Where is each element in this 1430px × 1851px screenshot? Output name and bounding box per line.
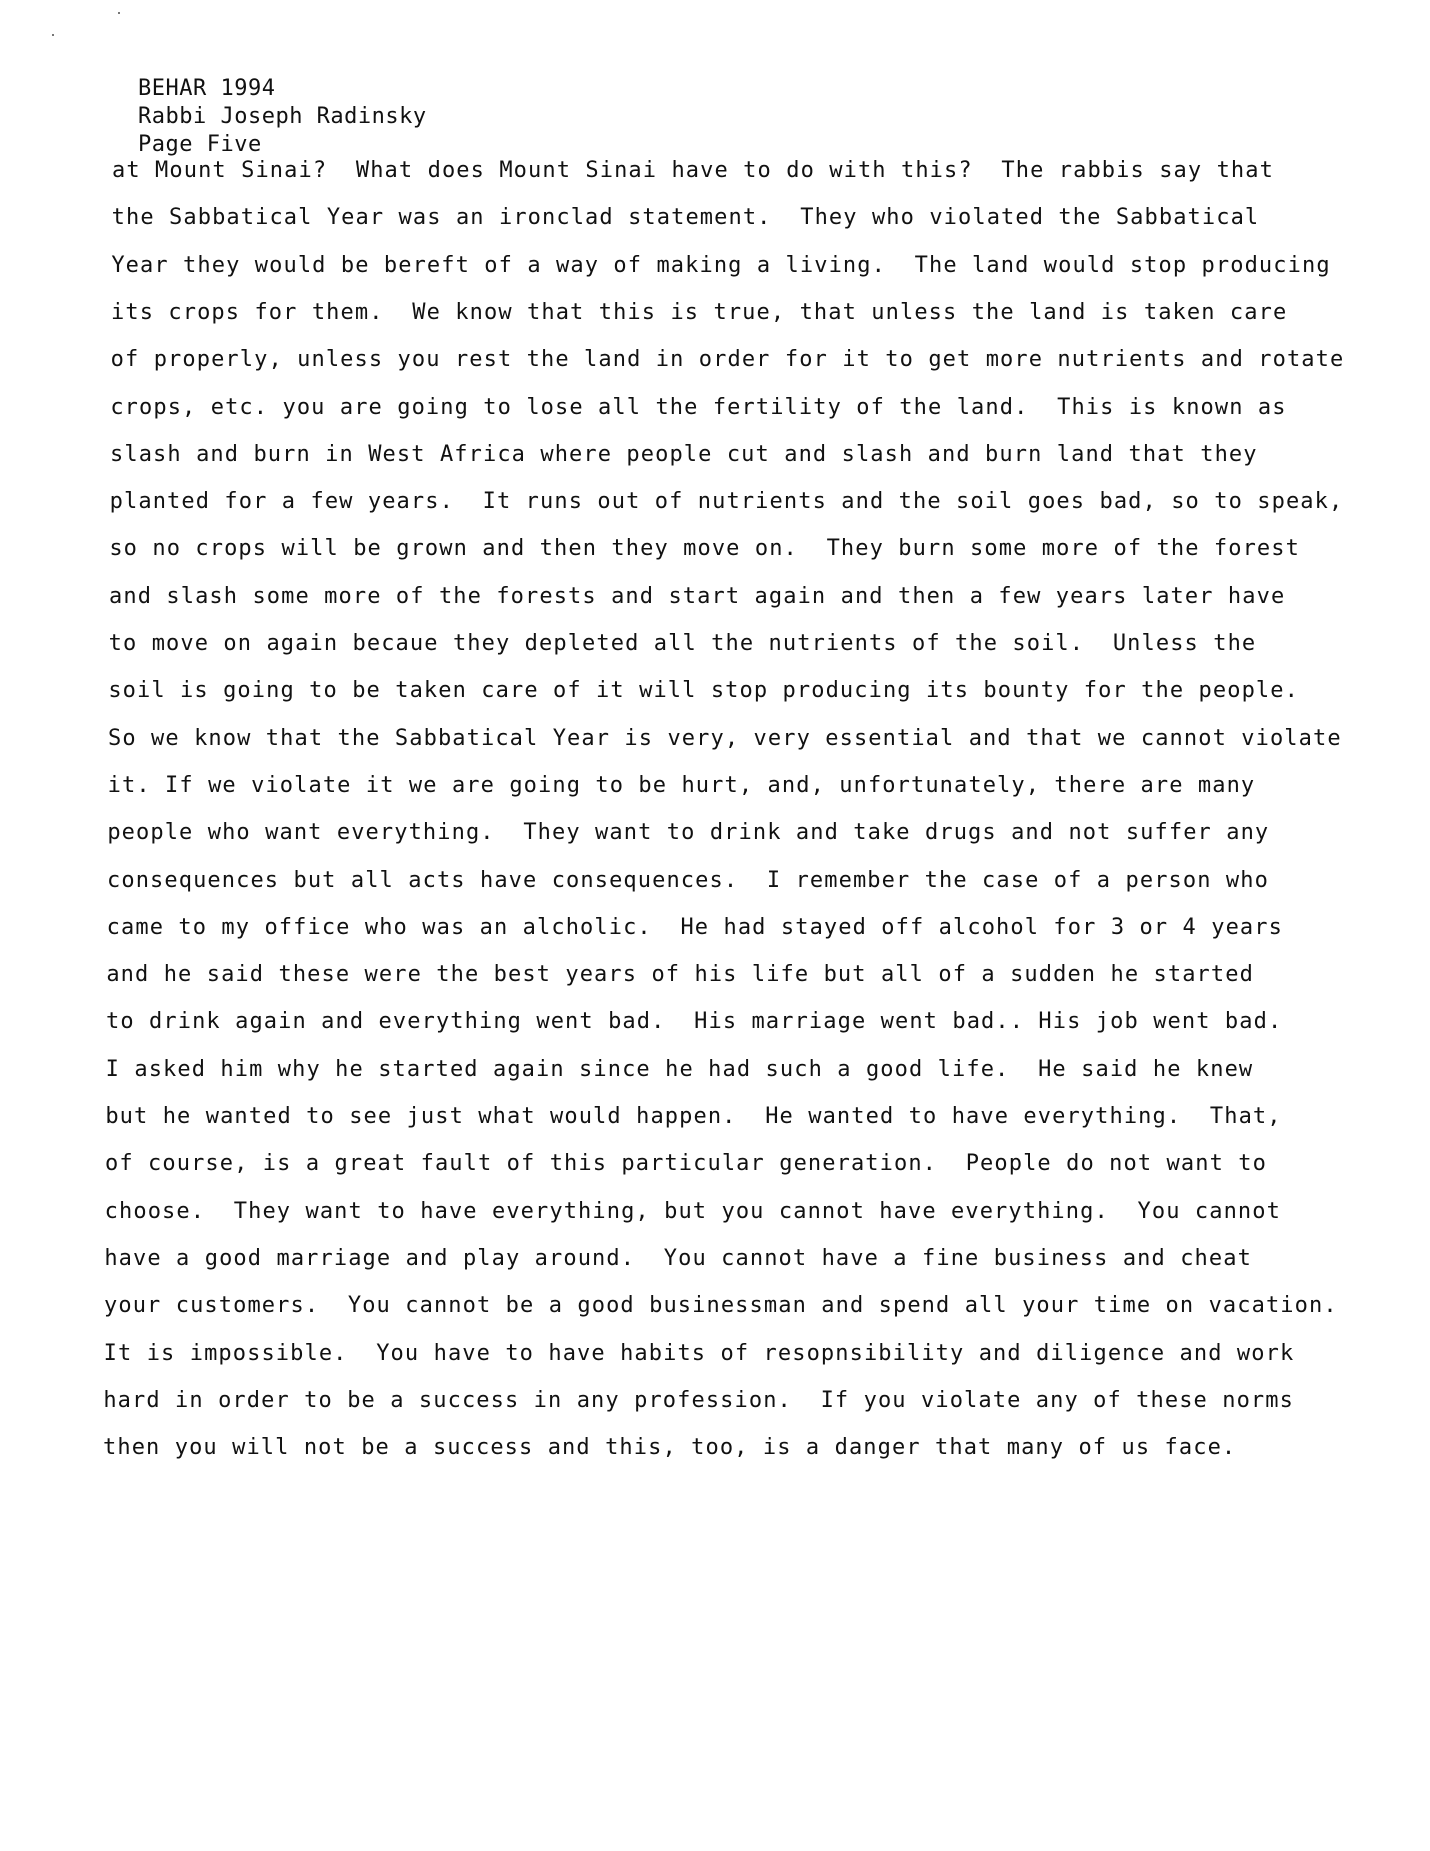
text-line: have a good marriage and play around. Yo… bbox=[104, 1245, 1252, 1273]
text-line: to move on again becaue they depleted al… bbox=[109, 630, 1257, 658]
text-line: so no crops will be grown and then they … bbox=[109, 535, 1300, 563]
text-line: choose. They want to have everything, bu… bbox=[105, 1198, 1281, 1226]
text-line: its crops for them. We know that this is… bbox=[111, 299, 1287, 327]
text-line: people who want everything. They want to… bbox=[107, 819, 1269, 847]
document-body: at Mount Sinai? What does Mount Sinai ha… bbox=[0, 0, 1430, 1851]
text-line: It is impossible. You have to have habit… bbox=[104, 1340, 1295, 1368]
document-page: BEHAR 1994 Rabbi Joseph Radinsky Page Fi… bbox=[0, 0, 1430, 1851]
text-line: it. If we violate it we are going to be … bbox=[108, 772, 1256, 800]
text-line: but he wanted to see just what would hap… bbox=[105, 1103, 1281, 1131]
text-line: of properly, unless you rest the land in… bbox=[111, 346, 1345, 374]
text-line: at Mount Sinai? What does Mount Sinai ha… bbox=[112, 157, 1274, 185]
text-line: and slash some more of the forests and s… bbox=[109, 583, 1285, 611]
text-line: I asked him why he started again since h… bbox=[106, 1056, 1254, 1084]
text-line: crops, etc. you are going to lose all th… bbox=[110, 394, 1286, 422]
text-line: consequences but all acts have consequen… bbox=[107, 867, 1269, 895]
text-line: then you will not be a success and this,… bbox=[103, 1434, 1236, 1462]
text-line: the Sabbatical Year was an ironclad stat… bbox=[112, 204, 1260, 232]
text-line: your customers. You cannot be a good bus… bbox=[104, 1292, 1338, 1320]
text-line: to drink again and everything went bad. … bbox=[106, 1008, 1282, 1036]
text-line: planted for a few years. It runs out of … bbox=[110, 488, 1344, 516]
text-line: Year they would be bereft of a way of ma… bbox=[111, 252, 1330, 280]
text-line: of course, is a great fault of this part… bbox=[105, 1150, 1267, 1178]
text-line: came to my office who was an alcholic. H… bbox=[107, 914, 1283, 942]
text-line: and he said these were the best years of… bbox=[106, 961, 1254, 989]
text-line: So we know that the Sabbatical Year is v… bbox=[108, 725, 1342, 753]
text-line: slash and burn in West Africa where peop… bbox=[110, 441, 1258, 469]
text-line: hard in order to be a success in any pro… bbox=[103, 1387, 1294, 1415]
text-line: soil is going to be taken care of it wil… bbox=[108, 677, 1299, 705]
